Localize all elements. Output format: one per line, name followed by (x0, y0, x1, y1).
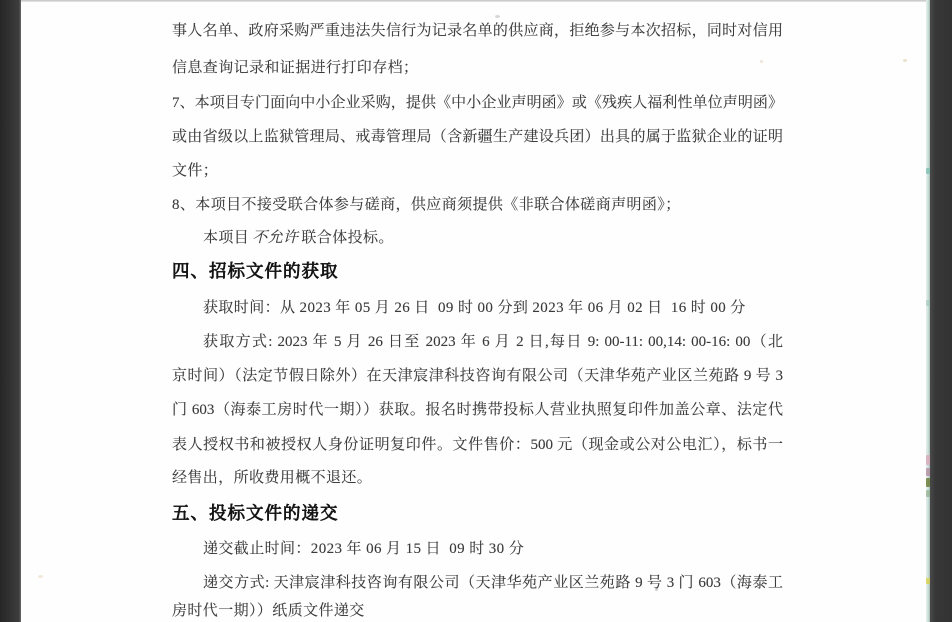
doc-line: 获取方式: 2023 年 5 月 26 日至 2023 年 6 月 2 日,每日… (203, 332, 783, 352)
doc-line: 文件； (172, 161, 218, 181)
section-heading-submit-documents: 五、投标文件的递交 (172, 502, 339, 524)
doc-line: 7、本项目专门面向中小企业采购，提供《中小企业声明函》或《残疾人福利性单位声明函… (172, 93, 783, 113)
scan-speck (38, 575, 43, 578)
doc-line-prefix: 本项目 (203, 230, 249, 246)
scanned-document-page: 事人名单、政府采购严重违法失信行为记录名单的供应商，拒绝参与本次招标，同时对信用… (0, 0, 952, 622)
doc-line: 或由省级以上监狱管理局、戒毒管理局（含新疆生产建设兵团）出具的属于监狱企业的证明 (172, 127, 783, 147)
doc-line: 表人授权书和被授权人身份证明复印件。文件售价：500 元（现金或公对公电汇），标… (172, 435, 783, 455)
scan-speck (760, 60, 763, 63)
doc-line-emphasis: 不允许 (252, 230, 298, 246)
doc-line: 递交截止时间：2023 年 06 月 15 日 09 时 30 分 (203, 539, 524, 559)
doc-line: 获取时间：从 2023 年 05 月 26 日 09 时 00 分到 2023 … (203, 298, 746, 318)
doc-line: 本项目不允许联合体投标。 (203, 228, 394, 248)
scan-edge-left-strip (0, 0, 21, 622)
doc-line: 信息查询记录和证据进行打印存档； (172, 58, 418, 78)
doc-line-suffix: 联合体投标。 (301, 230, 393, 246)
doc-line: 8、本项目不接受联合体参与磋商，供应商须提供《非联合体磋商声明函》； (172, 195, 681, 215)
scan-speck (903, 59, 907, 62)
document-page: 事人名单、政府采购严重违法失信行为记录名单的供应商，拒绝参与本次招标，同时对信用… (21, 0, 926, 622)
scan-speck (655, 588, 658, 591)
doc-line: 递交方式: 天津宸津科技咨询有限公司（天津华苑产业区兰苑路 9 号 3 门 60… (203, 573, 783, 593)
doc-line: 门 603（海泰工房时代一期））获取。报名时携带投标人营业执照复印件加盖公章、法… (172, 400, 783, 420)
doc-line: 房时代一期））纸质文件递交 (172, 601, 365, 621)
doc-line: 事人名单、政府采购严重违法失信行为记录名单的供应商，拒绝参与本次招标，同时对信用 (172, 21, 783, 41)
scan-edge-right-strip (930, 0, 952, 622)
section-heading-obtain-documents: 四、招标文件的获取 (172, 260, 339, 282)
doc-line: 经售出，所收费用概不退还。 (172, 468, 372, 488)
doc-line: 京时间）（法定节假日除外）在天津宸津科技咨询有限公司（天津华苑产业区兰苑路 9 … (172, 366, 783, 386)
scan-speck (495, 15, 500, 18)
